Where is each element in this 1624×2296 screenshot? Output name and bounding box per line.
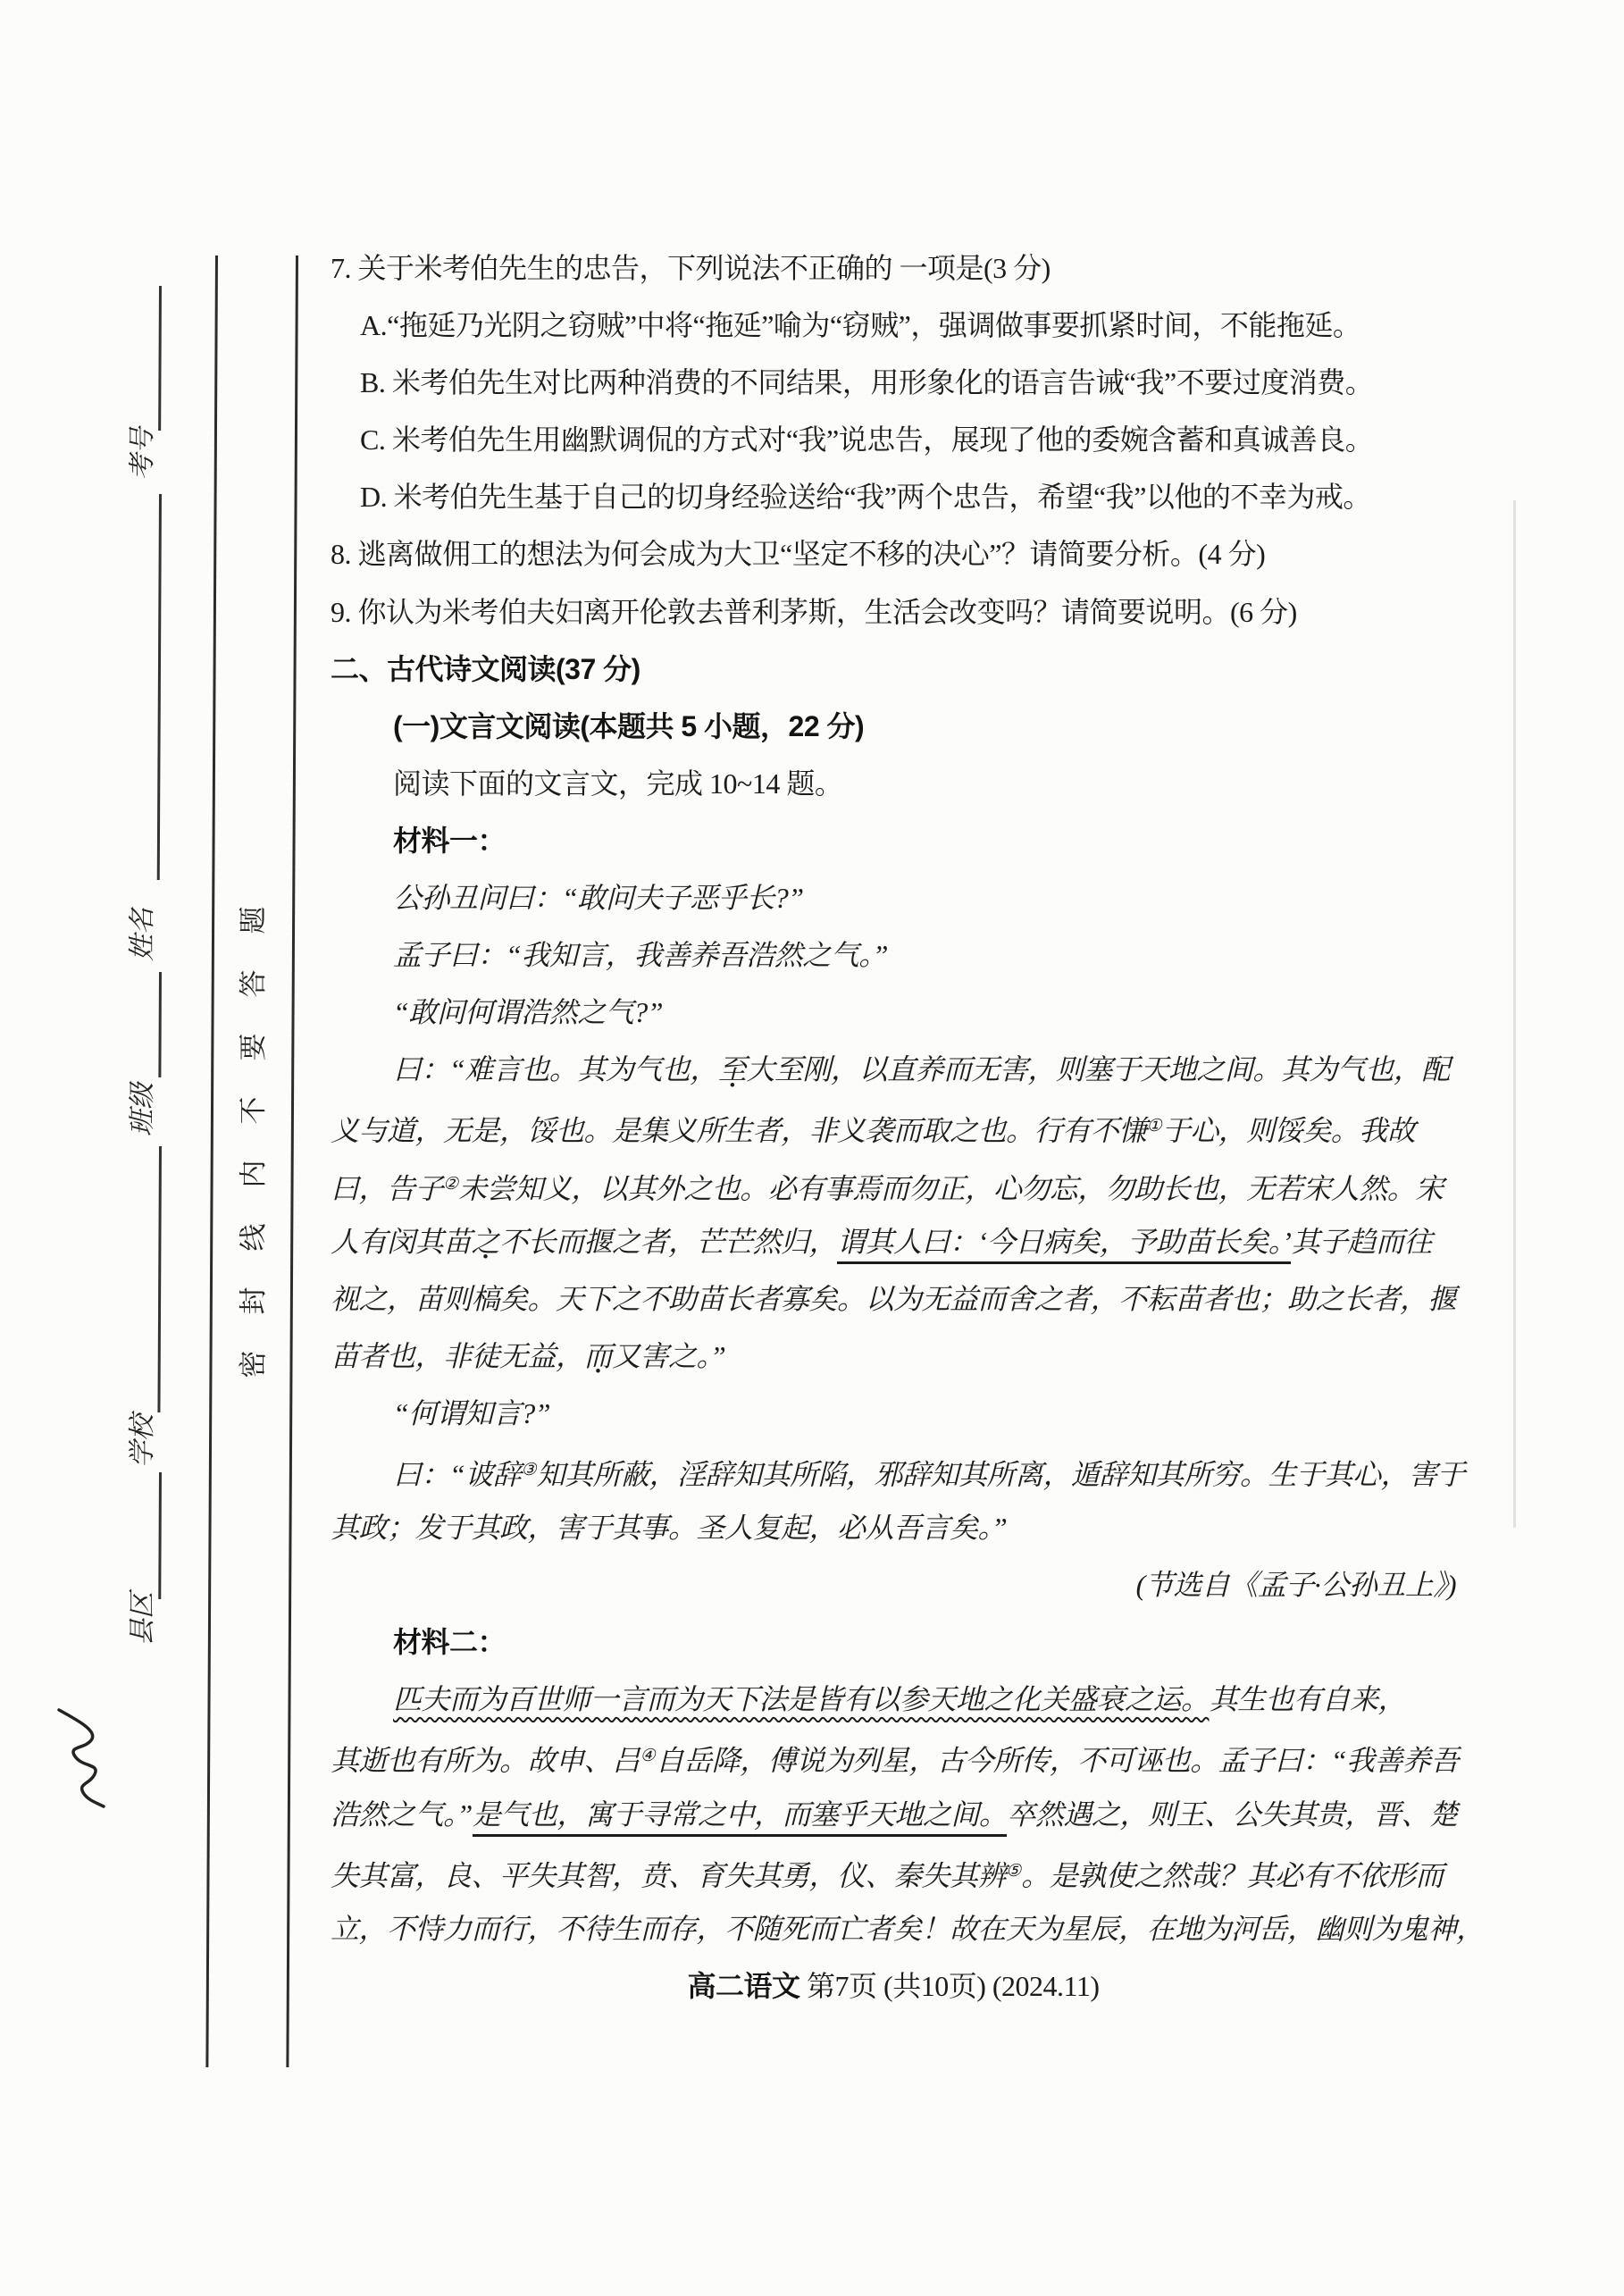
text-segment: 人有闵其苗	[331, 1226, 472, 1258]
sidebar-field-label: 姓名	[128, 892, 158, 977]
text-segment: 阅读下面的文言文，完成 10~14 题。	[393, 767, 842, 800]
text-segment: 其政；发于其政，害于其事。圣人复起，必从吾言矣。”	[331, 1512, 1007, 1544]
content-line: 8. 逃离做佣工的想法为何会成为大卫“坚定不移的决心”？请简要分析。(4 分)	[331, 525, 1456, 582]
content-line: 材料二：	[331, 1613, 1456, 1671]
text-segment: ②	[443, 1175, 458, 1194]
sidebar-field-label: 班级	[128, 1067, 158, 1152]
text-segment: 二、古代诗文阅读(37 分)	[331, 653, 640, 685]
text-segment: 公孙丑问曰：“敢问夫子恶乎长?”	[393, 882, 804, 914]
text-segment: (节选自《孟子·公孙丑上》)	[1136, 1569, 1456, 1601]
text-segment: A.“拖延乃光阴之窃贼”中将“拖延”喻为“窃贼”，强调做事要抓紧时间，不能拖延。	[360, 309, 1360, 341]
content-line: 二、古代诗文阅读(37 分)	[331, 641, 1456, 698]
text-segment: 其子趋而往	[1291, 1226, 1432, 1258]
content-line: 失其富，良、平失其智，贲、育失其勇，仪、秦失其辨⑤。是孰使之然哉？其必有不依形而	[331, 1843, 1456, 1900]
text-segment: 8. 逃离做佣工的想法为何会成为大卫“坚定不移的决心”？请简要分析。(4 分)	[331, 538, 1265, 570]
content-line: “敢问何谓浩然之气?”	[331, 984, 1456, 1041]
exam-content: 7. 关于米考伯先生的忠告，下列说法不正确的 一项是(3 分)A.“拖延乃光阴之…	[331, 239, 1456, 2015]
content-lines: 7. 关于米考伯先生的忠告，下列说法不正确的 一项是(3 分)A.“拖延乃光阴之…	[331, 239, 1456, 2015]
text-segment: 而	[584, 1340, 613, 1372]
text-segment: 苗者也，非徒无益，	[331, 1340, 584, 1372]
seal-text-char: 密	[237, 1345, 271, 1384]
seal-line-inner-rule	[205, 256, 218, 2067]
text-segment: 是气也，寓于寻常之中，而塞乎天地之间。	[473, 1798, 1008, 1837]
content-line: 曰：“诐辞③知其所蔽，淫辞知其所陷，邪辞知其所离，遁辞知其所穷。生于其心，害于	[331, 1442, 1456, 1499]
text-segment: 浩然之气。”	[331, 1798, 473, 1831]
content-line: D. 米考伯先生基于自己的切身经验送给“我”两个忠告，希望“我”以他的不幸为戒。	[331, 468, 1456, 525]
seal-text-char: 内	[237, 1154, 271, 1194]
seal-text-char: 封	[237, 1281, 271, 1320]
text-segment: 高二语文	[688, 1970, 800, 2002]
field-fill-line	[158, 972, 162, 1077]
content-line: 公孙丑问曰：“敢问夫子恶乎长?”	[331, 869, 1456, 926]
content-line: 曰：“难言也。其为气也，至大至刚，以直养而无害，则塞于天地之间。其为气也，配	[331, 1041, 1456, 1098]
seal-text-char: 题	[237, 901, 271, 940]
text-segment: 匹夫而为百世师一言而为天下法是皆有以参天地之化关盛衰之运。	[393, 1683, 1210, 1715]
content-line: 人有闵其苗之不长而揠之者，芒芒然归，谓其人曰：‘今日病矣，予助苗长矣。’其子趋而…	[331, 1213, 1456, 1270]
content-line: 义与道，无是，馁也。是集义所生者，非义袭而取之也。行有不慊①于心，则馁矣。我故	[331, 1098, 1456, 1155]
text-segment: 孟子曰：“我知言，我善养吾浩然之气。”	[393, 939, 888, 971]
content-line: (一)文言文阅读(本题共 5 小题，22 分)	[331, 698, 1456, 755]
text-segment: 谓其人曰：‘今日病矣，予助苗长矣。’	[837, 1226, 1291, 1264]
text-segment: 曰：“难言也。其为气也，	[393, 1053, 718, 1085]
sidebar-field-label: 县区	[128, 1576, 158, 1662]
text-segment: 又害之。”	[612, 1340, 725, 1372]
text-segment: (一)文言文阅读(本题共 5 小题，22 分)	[393, 710, 864, 742]
text-segment: 之	[472, 1226, 500, 1258]
seal-text-char: 要	[237, 1027, 271, 1067]
text-segment: 立，不恃力而行，不待生而存，不随死而亡者矣！故在天为星辰，在地为河岳，幽则为鬼神…	[331, 1913, 1485, 1945]
content-line: 高二语文 第7页 (共10页) (2024.11)	[331, 1957, 1456, 2015]
sidebar-field-label: 学校	[128, 1398, 158, 1484]
text-segment: 自岳降，傅说为列星，古今所传，不可诬也。孟子曰：“我善养吾	[656, 1745, 1459, 1777]
text-segment: 义与道，无是，馁也。是集义所生者，非义袭而取之也。行有不慊	[331, 1115, 1147, 1147]
text-segment: 未尝知义，以其外之也。必有事焉而勿正，心勿忘，勿助长也，无若宋人然。宋	[458, 1172, 1444, 1204]
text-segment: 大至刚，以直养而无害，则塞于天地之间。其为气也，配	[746, 1053, 1450, 1085]
content-line: 曰，告子②未尝知义，以其外之也。必有事焉而勿正，心勿忘，勿助长也，无若宋人然。宋	[331, 1156, 1456, 1213]
text-segment: 9. 你认为米考伯夫妇离开伦敦去普利茅斯，生活会改变吗？请简要说明。(6 分)	[331, 596, 1297, 628]
text-segment: 知其所蔽，淫辞知其所陷，邪辞知其所离，遁辞知其所穷。生于其心，害于	[537, 1459, 1466, 1491]
text-segment: 材料二：	[393, 1626, 506, 1658]
text-segment: “何谓知言?”	[393, 1397, 550, 1429]
content-line: C. 米考伯先生用幽默调侃的方式对“我”说忠告，展现了他的委婉含蓄和真诚善良。	[331, 411, 1456, 468]
content-line: 其政；发于其政，害于其事。圣人复起，必从吾言矣。”	[331, 1499, 1456, 1556]
content-line: A.“拖延乃光阴之窃贼”中将“拖延”喻为“窃贼”，强调做事要抓紧时间，不能拖延。	[331, 297, 1456, 354]
content-line: B. 米考伯先生对比两种消费的不同结果，用形象化的语言告诫“我”不要过度消费。	[331, 354, 1456, 411]
seal-text-char: 不	[237, 1091, 271, 1130]
text-segment: 至	[718, 1053, 747, 1085]
text-segment: D. 米考伯先生基于自己的切身经验送给“我”两个忠告，希望“我”以他的不幸为戒。	[360, 481, 1371, 513]
text-segment: ①	[1147, 1117, 1162, 1135]
text-segment: ③	[521, 1461, 536, 1479]
content-line: 7. 关于米考伯先生的忠告，下列说法不正确的 一项是(3 分)	[331, 239, 1456, 297]
text-segment: 于心，则馁矣。我故	[1162, 1115, 1416, 1147]
content-line: “何谓知言?”	[331, 1385, 1456, 1442]
text-segment: 不长而揠之者，芒芒然归，	[499, 1226, 837, 1258]
text-segment: 7. 关于米考伯先生的忠告，下列说法不正确的 一项是(3 分)	[331, 252, 1051, 284]
text-segment: “敢问何谓浩然之气?”	[393, 996, 663, 1028]
content-line: 阅读下面的文言文，完成 10~14 题。	[331, 755, 1456, 812]
text-segment: 曰，告子	[331, 1172, 443, 1204]
content-line: 材料一：	[331, 812, 1456, 869]
content-line: 孟子曰：“我知言，我善养吾浩然之气。”	[331, 926, 1456, 984]
seal-text-char: 答	[237, 964, 271, 1003]
content-line: (节选自《孟子·公孙丑上》)	[331, 1556, 1456, 1613]
text-segment: 卒然遇之，则王、公失其贵，晋、楚	[1007, 1798, 1457, 1831]
handwritten-scribble-mark	[52, 1705, 132, 1812]
text-segment: ⑤	[1006, 1862, 1021, 1881]
text-segment: 。是孰使之然哉？其必有不依形而	[1021, 1859, 1444, 1891]
text-segment: ④	[640, 1747, 656, 1765]
text-segment: 材料一：	[393, 825, 506, 857]
field-fill-line	[158, 286, 162, 431]
text-segment: C. 米考伯先生用幽默调侃的方式对“我”说忠告，展现了他的委婉含蓄和真诚善良。	[360, 423, 1373, 456]
text-segment: 失其富，良、平失其智，贲、育失其勇，仪、秦失其辨	[331, 1859, 1006, 1891]
seal-line-outer-rule	[286, 256, 298, 2067]
content-line: 9. 你认为米考伯夫妇离开伦敦去普利茅斯，生活会改变吗？请简要说明。(6 分)	[331, 583, 1456, 641]
text-segment: 其生也有自来，	[1210, 1683, 1407, 1715]
content-line: 视之，苗则槁矣。天下之不助苗长者寡矣。以为无益而舍之者，不耘苗者也；助之长者，揠	[331, 1270, 1456, 1328]
content-line: 苗者也，非徒无益，而又害之。”	[331, 1328, 1456, 1385]
scan-edge-artifact	[1513, 500, 1516, 1528]
field-fill-line	[158, 1472, 162, 1599]
content-line: 立，不恃力而行，不待生而存，不随死而亡者矣！故在天为星辰，在地为河岳，幽则为鬼神…	[331, 1900, 1456, 1957]
sidebar-field-label: 考号	[128, 411, 158, 497]
text-segment: 第7页 (共10页) (2024.11)	[800, 1970, 1100, 2002]
text-segment: 曰：“诐辞	[393, 1459, 521, 1491]
seal-text-char: 线	[237, 1218, 271, 1257]
text-segment: B. 米考伯先生对比两种消费的不同结果，用形象化的语言告诫“我”不要过度消费。	[360, 366, 1373, 398]
text-segment: 视之，苗则槁矣。天下之不助苗长者寡矣。以为无益而舍之者，不耘苗者也；助之长者，揠	[331, 1283, 1456, 1315]
content-line: 匹夫而为百世师一言而为天下法是皆有以参天地之化关盛衰之运。其生也有自来，	[331, 1671, 1456, 1728]
exam-page-scan: 考号姓名班级学校县区 题答要不内线封密 7. 关于米考伯先生的忠告，下列说法不正…	[0, 0, 1624, 2296]
content-line: 其逝也有所为。故申、吕④自岳降，傅说为列星，古今所传，不可诬也。孟子曰：“我善养…	[331, 1728, 1456, 1785]
text-segment: 其逝也有所为。故申、吕	[331, 1745, 640, 1777]
content-line: 浩然之气。”是气也，寓于寻常之中，而塞乎天地之间。卒然遇之，则王、公失其贵，晋、…	[331, 1786, 1456, 1843]
field-fill-line	[157, 494, 162, 880]
field-fill-line	[157, 1146, 162, 1412]
